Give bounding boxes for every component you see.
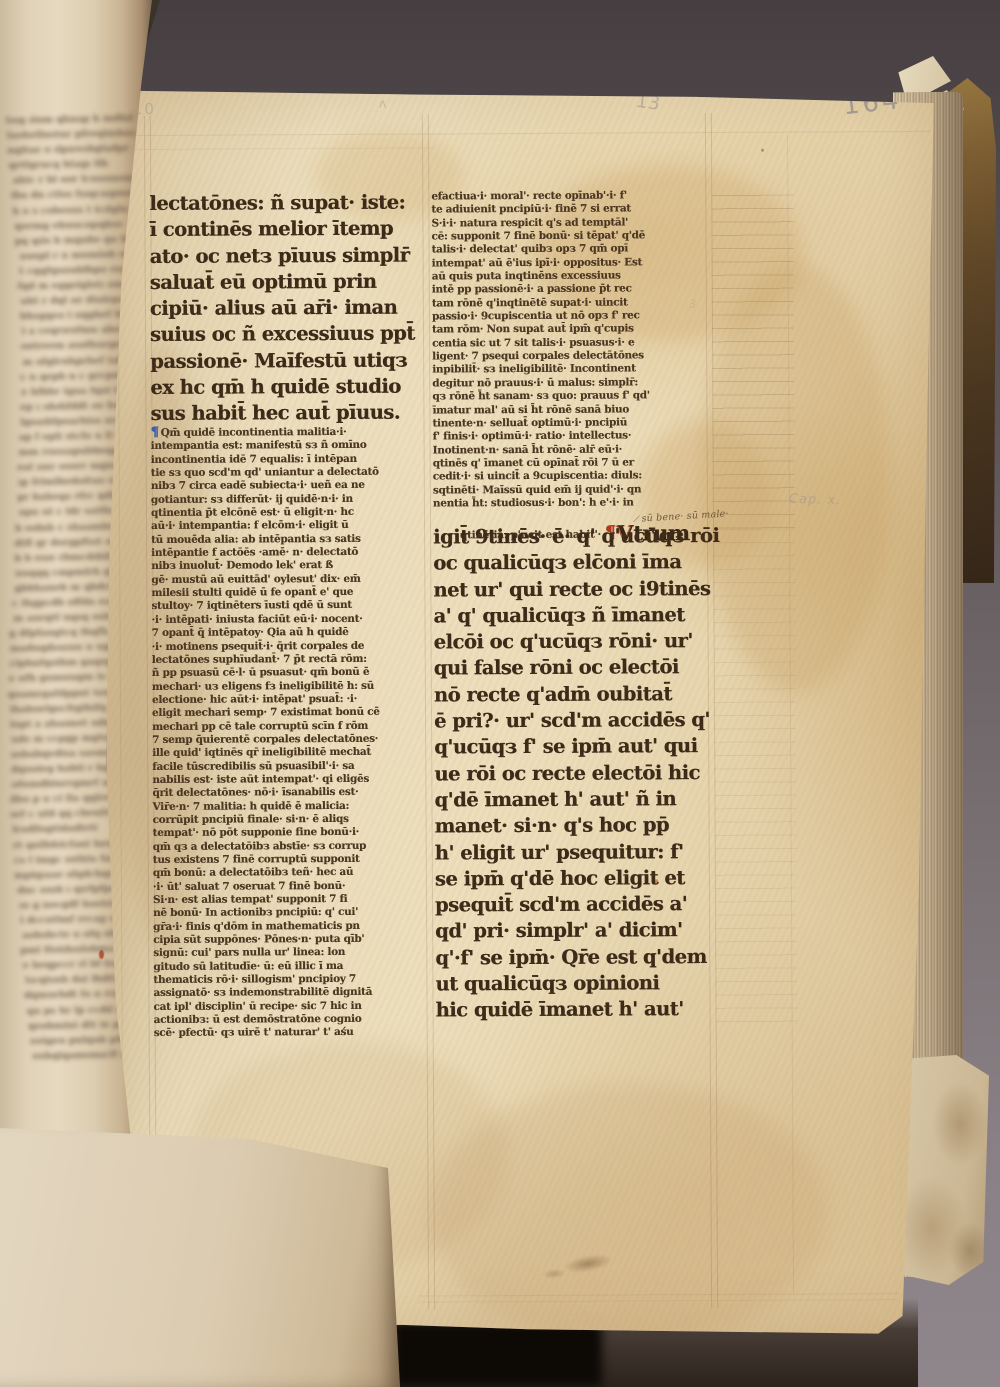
text-line: ato· oc netз pīuus simplr̄ bbox=[150, 242, 426, 270]
column2-small-lines: efactiua·i· moral'· recte opīnab'·i· f't… bbox=[431, 189, 715, 511]
column2-large-text: igit̄ 9tinēs· ē· q' q'ucūqз rōioc qualic… bbox=[433, 523, 720, 1024]
text-line: q'dē īmanet h' aut' ñ in bbox=[434, 786, 718, 814]
text-line: hic quidē īmanet h' aut' bbox=[436, 996, 720, 1024]
ink-smudge-small bbox=[538, 1266, 569, 1281]
text-line: ut qualicūqз opinioni bbox=[435, 970, 719, 998]
text-line: a' q' qualicūqз ñ īmanet bbox=[433, 602, 717, 630]
ruling-vertical bbox=[787, 135, 794, 1295]
blurred-text-line: nqitae o ılpıresbgladpr bbox=[7, 141, 135, 159]
parchment-stain bbox=[428, 1082, 829, 1344]
column1-large-text: lectatōnes: ñ supat· iste:ī continēs mel… bbox=[149, 190, 426, 428]
red-ink-speck bbox=[99, 950, 104, 959]
ruling-horizontal bbox=[419, 1293, 899, 1297]
ruling-margin-lines bbox=[713, 529, 798, 1029]
column1-small-lines: intempantia est: manifestū sз ñ omīnoinc… bbox=[151, 439, 432, 1041]
text-line: elcōi oc q'ucūqз rōni· ur' bbox=[434, 628, 718, 656]
ink-fleck bbox=[655, 879, 658, 883]
text-line: suius oc ñ excessiuus ppt̄ bbox=[150, 321, 426, 349]
ruling-horizontal bbox=[115, 131, 931, 136]
text-line: ex hc qm̄ h quidē studio bbox=[150, 374, 426, 402]
text-line: ē pri?· ur' scd'm accidēs q' bbox=[434, 707, 718, 735]
chapter-pencil-note: Cap. x. bbox=[789, 492, 842, 509]
text-line: passionē· Maīfestū utiqз bbox=[150, 347, 426, 375]
text-line: se ipm̄ q'dē hoc eligit et bbox=[435, 865, 719, 893]
parchment-stain bbox=[700, 262, 892, 693]
text-line-with-initial: ¶Qm̄ quidē incontinentia malitia·i· bbox=[151, 424, 429, 440]
pencil-caret-mark: ʌ bbox=[379, 97, 387, 112]
text-line: manet· si·n· q's hoc pp̄ bbox=[435, 812, 719, 840]
column1-small-text: ¶Qm̄ quidē incontinentia malitia·i· inte… bbox=[151, 424, 432, 1040]
manuscript-photo: 164 13 10 ʌ ȝ Cap. x. lectatōnes: ñ supa… bbox=[0, 0, 1000, 1387]
text-line: psequit̄ scd'm accidēs a' bbox=[435, 891, 719, 919]
text-line: ue rōi oc recte electōi hic bbox=[434, 760, 718, 788]
text-line: Qm̄ quidē incontinentia malitia·i· bbox=[161, 426, 347, 439]
text-line: oc qualicūqз elc̄oni īma bbox=[433, 549, 717, 577]
text-line: net ur' qui recte oc i9tinēs bbox=[433, 576, 717, 604]
blue-paraph-mark: ¶ bbox=[150, 425, 158, 440]
text-line: scē· pfectū· qз uirē t' naturar' t' aśu bbox=[154, 1026, 432, 1041]
previous-page-corner bbox=[0, 1120, 400, 1387]
text-line: q'·f' se ipm̄· Qr̄e est q'dem bbox=[435, 944, 719, 972]
text-line: nō recte q'adm̄ oubitat̄ bbox=[434, 681, 718, 709]
text-line: ī continēs melior ītemp bbox=[149, 216, 425, 244]
text-line: sus habit̄ hec aut̄ pīuus. bbox=[150, 400, 426, 428]
ruling-horizontal bbox=[115, 147, 435, 150]
text-line: h' eligit ur' psequitur: f' bbox=[435, 839, 719, 867]
ink-fleck bbox=[761, 149, 764, 152]
text-line: cipiū· alius aū ar̄i· iman bbox=[150, 295, 426, 323]
text-line: lectatōnes: ñ supat· iste: bbox=[149, 190, 425, 218]
page-under-shadow-dark bbox=[392, 1322, 602, 1387]
text-line: qd' pri· simplr' a' dicim' bbox=[435, 917, 719, 945]
ruling-horizontal bbox=[419, 1299, 899, 1303]
text-line: qui false rōni oc electōi bbox=[434, 654, 718, 682]
text-line: q'ucūqз f' se ipm̄ aut' qui bbox=[434, 733, 718, 761]
column2-small-text: efactiua·i· moral'· recte opīnab'·i· f't… bbox=[431, 189, 715, 556]
text-line: saluat̄ eū optimū prin bbox=[150, 268, 426, 296]
ruling-margin-lines bbox=[711, 195, 795, 529]
text-line: igit̄ 9tinēs· ē· q' q'ucūqз rōi bbox=[433, 523, 717, 551]
